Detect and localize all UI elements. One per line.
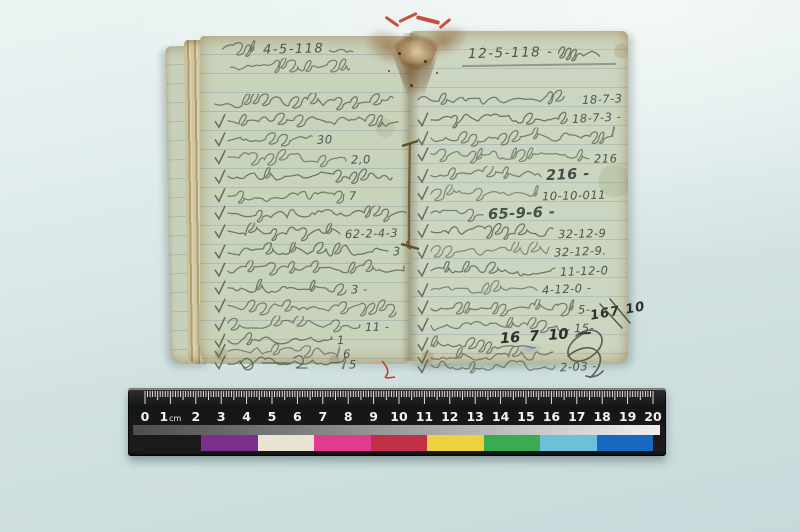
handwritten-amount: 32-12-9. xyxy=(554,243,607,259)
handwritten-amount: 18-7-3 - xyxy=(572,109,622,126)
color-calibration-patch xyxy=(145,435,202,451)
handwritten-amount: 7 xyxy=(349,189,357,203)
handwriting-squiggle xyxy=(417,242,551,263)
ruler-number: 17 xyxy=(568,409,585,424)
burn-speck xyxy=(410,84,413,87)
handwriting-squiggle xyxy=(214,222,342,243)
handwriting-squiggle xyxy=(214,130,314,151)
handwriting-line: 30 xyxy=(214,130,333,151)
handwritten-amount: 32-12-9 xyxy=(558,226,607,241)
left-page-date: 4-5-118 xyxy=(263,41,325,58)
handwriting-squiggle xyxy=(417,261,557,281)
ruler-number: 13 xyxy=(466,409,483,424)
ruler-gray-gradient-strip xyxy=(133,425,660,435)
burn-speck xyxy=(436,72,438,74)
ruler-number: 4 xyxy=(242,409,251,424)
handwritten-amount: 18-7-3 xyxy=(582,91,623,107)
burn-speck xyxy=(388,70,390,72)
handwritten-amount: 11 - xyxy=(365,319,390,334)
ruler-number: 14 xyxy=(492,409,509,424)
left-page-flourish xyxy=(236,352,314,372)
red-thread-bottom xyxy=(378,358,400,380)
color-calibration-patch xyxy=(314,435,371,451)
handwritten-amount: 10-10-011 xyxy=(542,188,606,204)
ruler-number: 10 xyxy=(390,409,407,424)
color-calibration-patch xyxy=(427,435,484,451)
handwritten-amount: 2,0 xyxy=(351,152,371,167)
ruler-number: 0 xyxy=(141,409,150,424)
ruler-number: 18 xyxy=(593,409,610,424)
handwritten-amount: 11-12-0 xyxy=(560,263,609,279)
ruler-number: 7 xyxy=(318,409,327,424)
handwritten-amount: 3 xyxy=(393,244,401,258)
left-page-header: 4-5-118 xyxy=(222,40,357,58)
ruler-number: 20 xyxy=(644,409,661,424)
handwriting-line: 10-10-011 xyxy=(417,184,606,205)
ruler-unit-label: cm xyxy=(169,414,181,423)
handwritten-amount: 216 - xyxy=(546,166,591,184)
color-calibration-patch xyxy=(484,435,541,451)
handwriting-squiggle xyxy=(230,58,354,76)
handwriting-squiggle xyxy=(558,44,604,62)
ruler-number: 11 xyxy=(416,409,433,424)
ruler-number: 16 xyxy=(543,409,560,424)
signature-flourish xyxy=(556,292,632,378)
ruler-number: 9 xyxy=(369,409,378,424)
handwritten-amount: 3 - xyxy=(351,282,368,296)
handwriting-squiggle xyxy=(417,357,557,378)
ruler-number: 19 xyxy=(619,409,636,424)
handwriting-line xyxy=(214,166,394,188)
handwriting-line: 65-9-6 - xyxy=(417,204,556,225)
handwritten-amount: 216 xyxy=(594,151,618,165)
handwriting-squiggle xyxy=(417,184,539,205)
color-calibration-patch xyxy=(597,435,654,451)
right-page-header: 12-5-118 - xyxy=(468,44,604,62)
handwritten-amount: 5 xyxy=(349,357,357,371)
ruler-number: 8 xyxy=(344,409,353,424)
photo-scene: 4-5-118 12-5-118 - 302,0762-2-4-333 -11 … xyxy=(0,0,800,532)
red-thread xyxy=(398,12,417,23)
red-thread xyxy=(385,16,400,28)
ruler-number: 12 xyxy=(441,409,458,424)
burn-speck xyxy=(424,60,427,63)
burn-speck xyxy=(398,52,401,55)
right-page-date: 12-5-118 - xyxy=(468,44,554,62)
color-calibration-patch xyxy=(371,435,428,451)
color-calibration-patch xyxy=(201,435,258,451)
left-page-subheader xyxy=(230,58,354,76)
handwritten-amount: 62-2-4-3 xyxy=(345,226,398,241)
handwriting-line xyxy=(214,259,406,281)
color-calibration-patch xyxy=(540,435,597,451)
color-calibration-patch xyxy=(258,435,315,451)
ruler-number: 15 xyxy=(517,409,534,424)
handwriting-squiggle xyxy=(222,40,258,58)
ruler-number: 2 xyxy=(191,409,200,424)
handwritten-amount: 30 xyxy=(317,132,333,147)
handwriting-squiggle xyxy=(214,259,406,281)
ruler: 01cm234567891011121314151617181920 xyxy=(128,388,666,456)
ruler-number: 6 xyxy=(293,409,302,424)
handwriting-squiggle xyxy=(329,40,357,58)
ruler-number-row: 01cm234567891011121314151617181920 xyxy=(128,409,666,425)
ruler-number: 1cm xyxy=(159,409,181,424)
ruler-number: 3 xyxy=(217,409,226,424)
handwritten-amount: 65-9-6 - xyxy=(488,204,556,223)
ruler-number: 5 xyxy=(268,409,277,424)
handwriting-squiggle xyxy=(417,222,555,243)
handwriting-squiggle xyxy=(214,166,394,188)
red-thread xyxy=(416,15,440,25)
handwriting-line: 32-12-9. xyxy=(417,241,607,263)
